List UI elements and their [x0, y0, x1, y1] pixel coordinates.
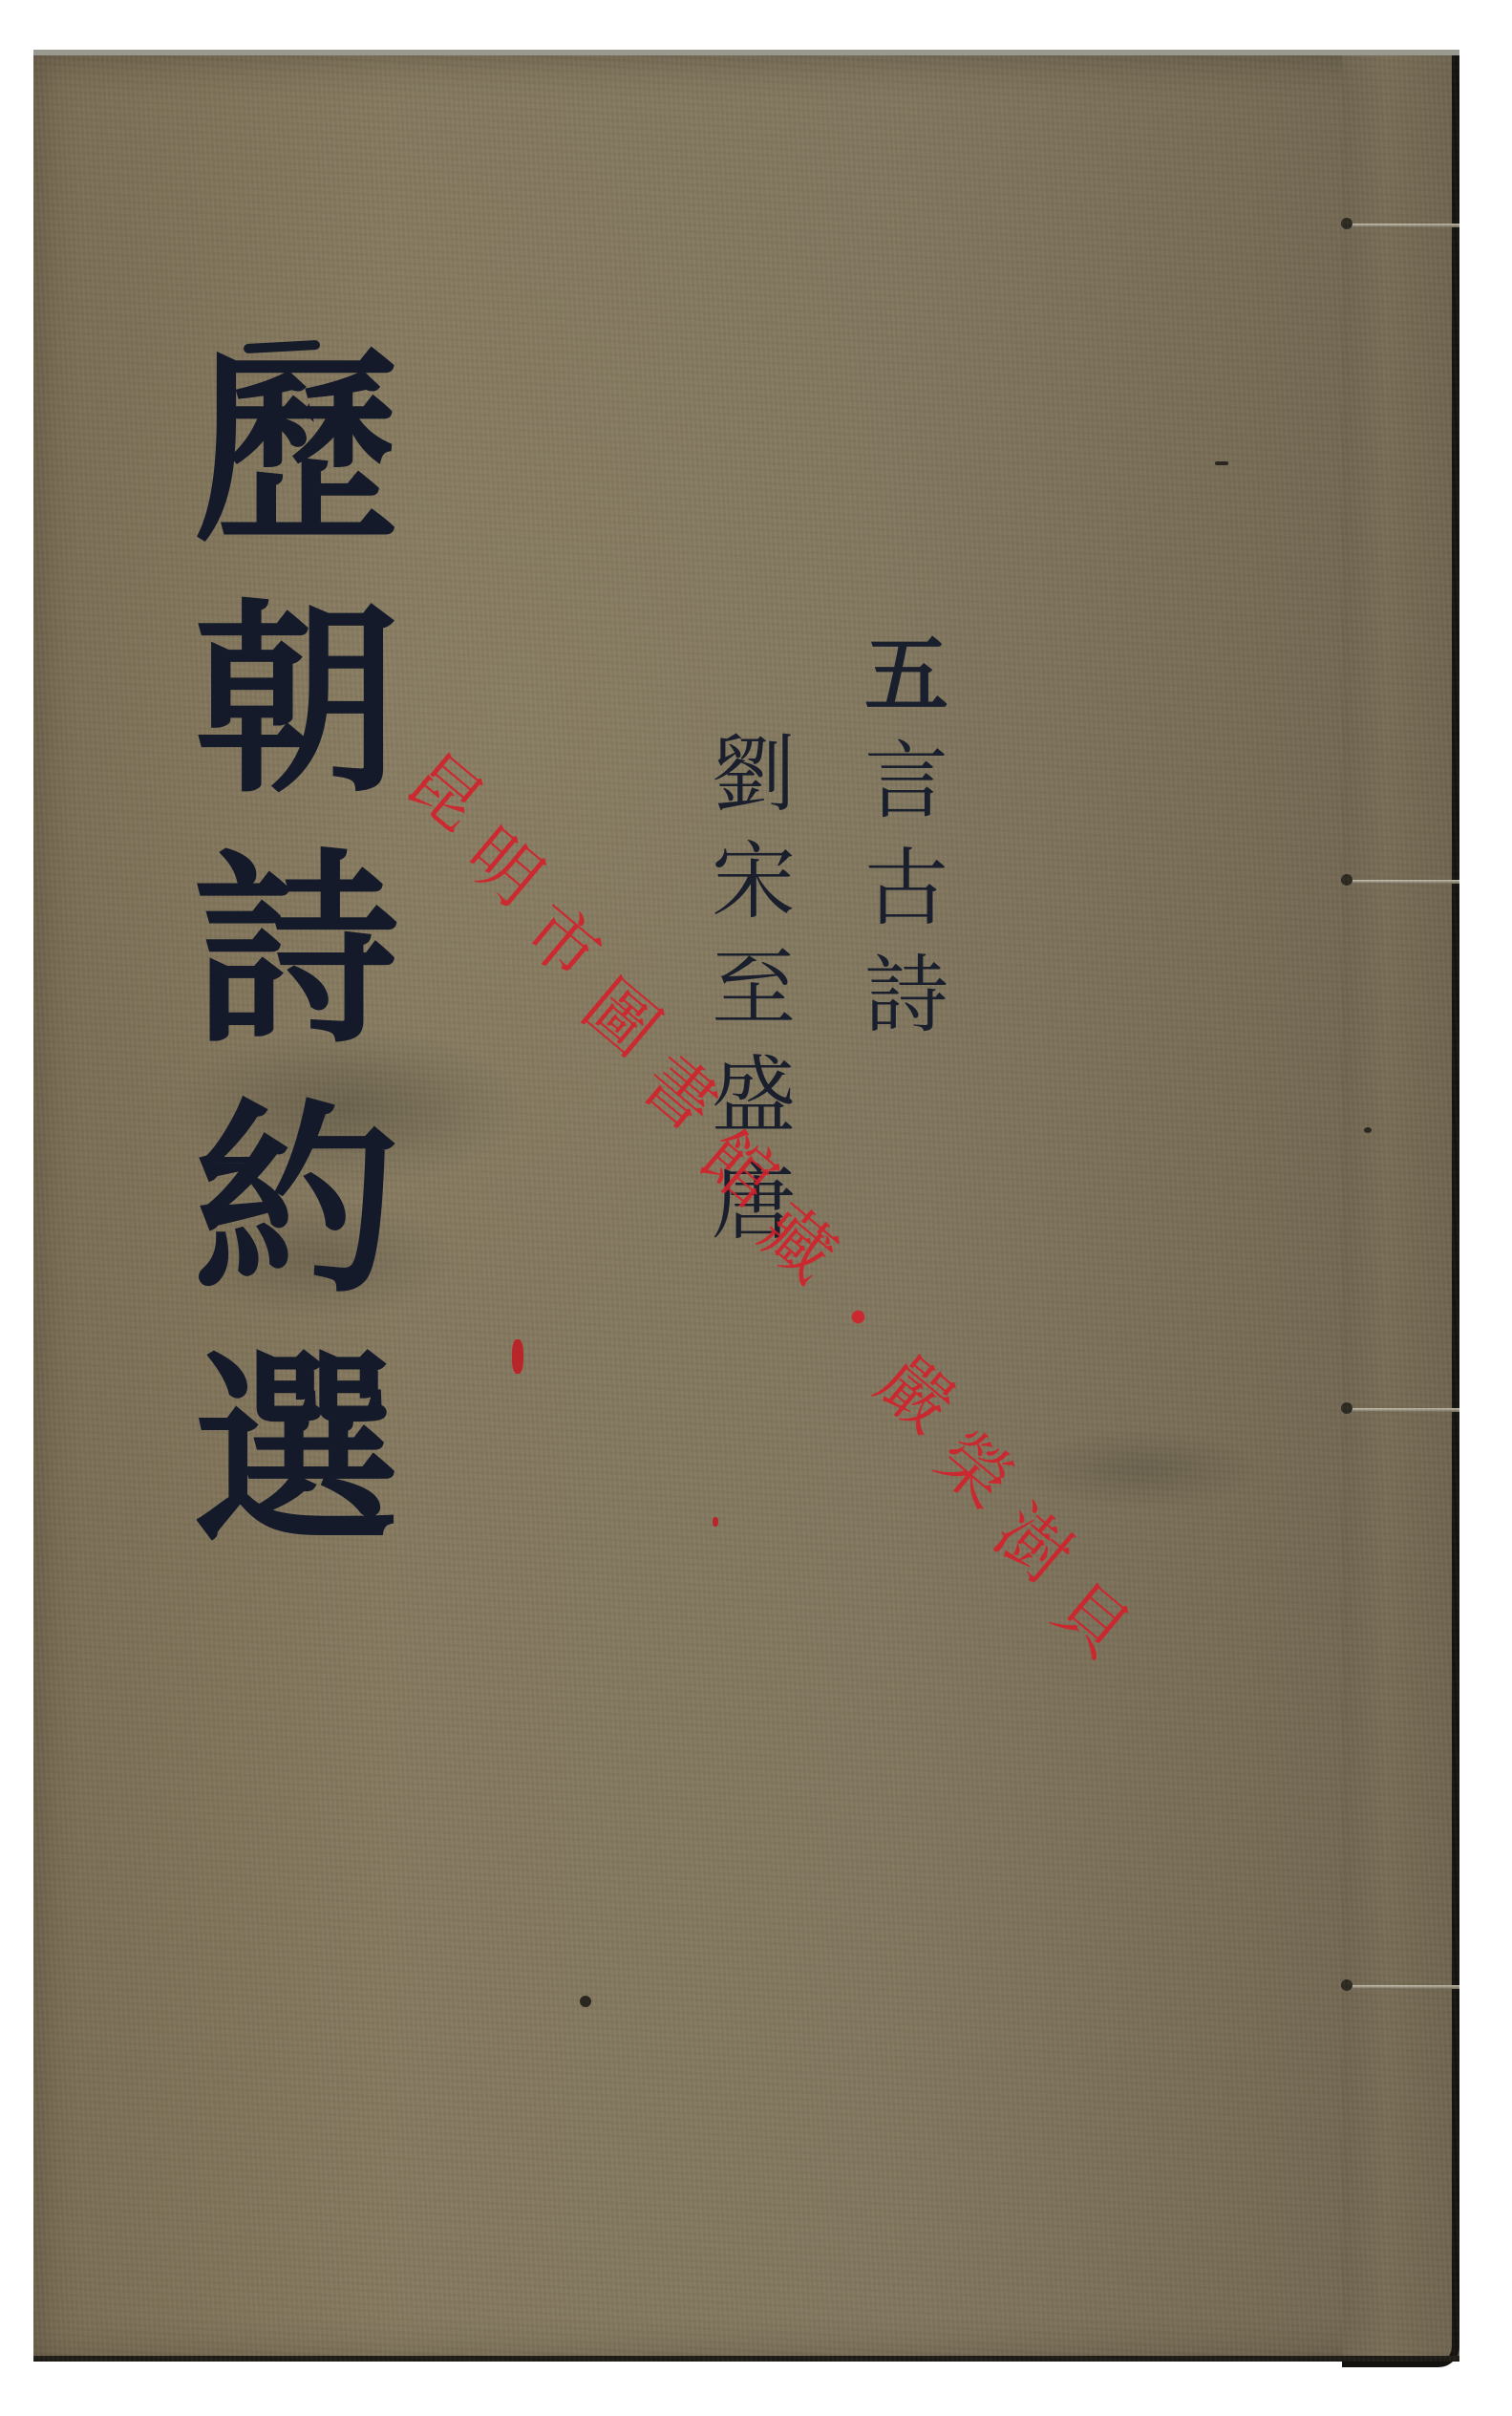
subtitle-char: 至 — [712, 935, 796, 1042]
subtitle-char: 劉 — [712, 721, 796, 828]
dark-speck — [1215, 461, 1228, 465]
binding-stitch — [1347, 880, 1459, 884]
binding-stitch — [1347, 1408, 1459, 1412]
subtitle-genre: 五 言 古 詩 — [864, 621, 948, 1049]
title-char: 詩 — [194, 825, 399, 1076]
title-char: 朝 — [194, 575, 399, 825]
binding-stitch — [1347, 224, 1459, 227]
subtitle-char: 言 — [864, 728, 948, 835]
red-ink-fleck — [512, 1339, 523, 1374]
subtitle-char: 古 — [864, 835, 948, 942]
title-char: 選 — [194, 1326, 399, 1576]
stitched-spine-flap — [1342, 55, 1459, 2367]
stitch-knot-icon — [1341, 1979, 1352, 1991]
dark-speck — [1364, 1127, 1372, 1133]
dark-speck — [580, 1996, 591, 2007]
subtitle-char: 宋 — [712, 828, 796, 935]
stitch-knot-icon — [1341, 218, 1352, 229]
stitch-knot-icon — [1341, 1402, 1352, 1414]
stitch-knot-icon — [1341, 874, 1352, 886]
red-ink-fleck — [713, 1517, 718, 1527]
binding-stitch — [1347, 1985, 1459, 1989]
title-char: 約 — [194, 1076, 399, 1326]
scan-page: 歷 朝 詩 約 選 五 言 古 詩 劉 宋 至 盛 唐 昆 明 市 圖 書 館 … — [0, 0, 1512, 2416]
subtitle-char: 五 — [864, 621, 948, 728]
title-char: 歷 — [194, 325, 399, 575]
subtitle-char: 詩 — [864, 942, 948, 1049]
book-title: 歷 朝 詩 約 選 — [181, 325, 411, 1576]
cover-bottom-edge — [33, 2356, 1459, 2362]
